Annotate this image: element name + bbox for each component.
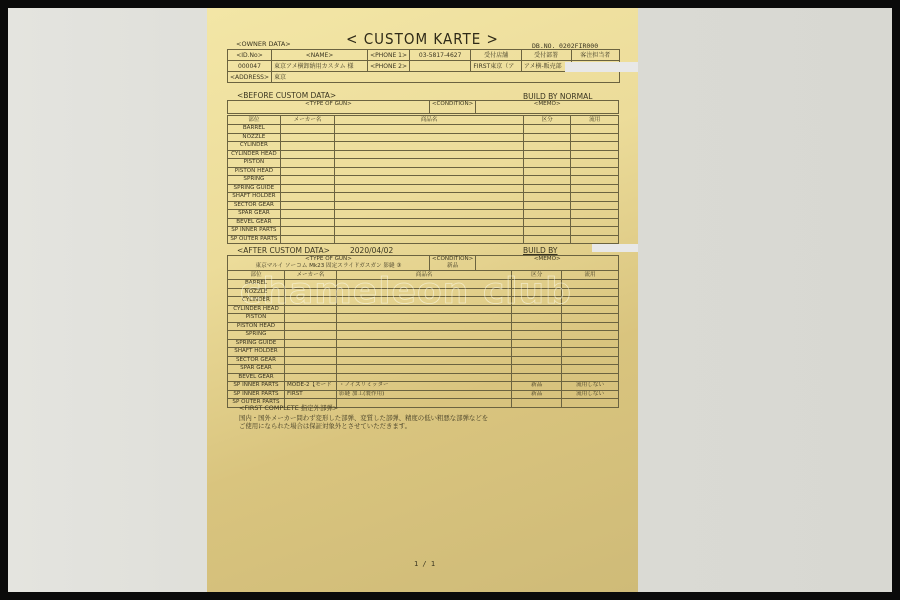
- maker-cell: [280, 150, 335, 159]
- category-cell: [523, 227, 571, 236]
- table-row: SECTOR GEAR: [228, 201, 619, 210]
- product-cell: [335, 125, 523, 134]
- category-cell: [512, 314, 562, 323]
- category-cell: [523, 167, 571, 176]
- redaction-bar: [592, 244, 638, 252]
- maker-cell: [284, 373, 336, 382]
- after-memo: <MEMO>: [476, 256, 619, 271]
- after-date: 2020/04/02: [350, 246, 393, 255]
- after-build-by: BUILD BY: [523, 246, 558, 255]
- table-row: CYLINDER: [228, 297, 619, 306]
- reuse-cell: [562, 331, 619, 340]
- reuse-cell: [562, 314, 619, 323]
- owner-data-table: <ID.No> <NAME> <PHONE 1> 03-5817-4627 受付…: [227, 49, 620, 83]
- reuse-cell: [571, 150, 619, 159]
- part-cell: BARREL: [228, 280, 285, 289]
- before-section-label: <BEFORE CUSTOM DATA>: [237, 91, 336, 100]
- table-row: CYLINDER: [228, 142, 619, 151]
- maker-cell: [280, 235, 335, 244]
- notes-heading: <FIRST COMPLETE 指定外部弾>: [239, 404, 338, 412]
- maker-cell: [280, 201, 335, 210]
- maker-cell: [280, 133, 335, 142]
- maker-cell: [284, 365, 336, 374]
- product-cell: [336, 322, 511, 331]
- part-cell: SHAFT HOLDER: [228, 193, 281, 202]
- reuse-cell: [562, 305, 619, 314]
- maker-cell: [284, 305, 336, 314]
- col-part: 部位: [228, 116, 281, 125]
- table-row: SP OUTER PARTS: [228, 235, 619, 244]
- reuse-cell: [562, 288, 619, 297]
- reuse-cell: 流用しない: [562, 382, 619, 391]
- table-row: SPAR GEAR: [228, 210, 619, 219]
- table-row: SHAFT HOLDER: [228, 348, 619, 357]
- after-type-of-gun: <TYPE OF GUN>東京マルイ ソーコム Mk23 固定スライドガスガン …: [228, 256, 430, 271]
- maker-cell: [284, 348, 336, 357]
- product-cell: [336, 331, 511, 340]
- store-label: 受付店舗: [471, 50, 521, 61]
- table-row: SPRING: [228, 176, 619, 185]
- part-cell: PISTON: [228, 314, 285, 323]
- product-cell: [335, 150, 523, 159]
- part-cell: PISTON: [228, 159, 281, 168]
- part-cell: BEVEL GEAR: [228, 218, 281, 227]
- category-cell: [512, 280, 562, 289]
- category-cell: [512, 339, 562, 348]
- product-cell: [336, 305, 511, 314]
- category-cell: [512, 356, 562, 365]
- category-cell: [512, 297, 562, 306]
- col-maker: メーカー名: [280, 116, 335, 125]
- col-maker: メーカー名: [284, 271, 336, 280]
- dept-value: アメ横-販売部: [521, 61, 571, 72]
- maker-cell: [280, 159, 335, 168]
- before-gun-table: <TYPE OF GUN> <CONDITION> <MEMO>: [227, 100, 619, 114]
- category-cell: 新品: [512, 382, 562, 391]
- col-reuse: 流用: [562, 271, 619, 280]
- maker-cell: [284, 356, 336, 365]
- notes-line-1: 国内・国外メーカー問わず変形した部弾、変質した部弾、精度の低い粗悪な部弾などを: [239, 414, 488, 422]
- maker-cell: [280, 176, 335, 185]
- category-cell: [523, 218, 571, 227]
- product-cell: [335, 159, 523, 168]
- before-parts-table: 部位 メーカー名 商品名 区分 流用 BARRELNOZZLECYLINDERC…: [227, 115, 619, 244]
- part-cell: SECTOR GEAR: [228, 356, 285, 365]
- reuse-cell: [562, 373, 619, 382]
- category-cell: [512, 305, 562, 314]
- maker-cell: [284, 339, 336, 348]
- reuse-cell: [562, 280, 619, 289]
- category-cell: [523, 142, 571, 151]
- table-row: SP INNER PARTSFIRST影縫 加工(製作用)新品流用しない: [228, 390, 619, 399]
- product-cell: [336, 365, 511, 374]
- maker-cell: [284, 288, 336, 297]
- before-type-of-gun: <TYPE OF GUN>: [228, 101, 430, 114]
- table-row: BARREL: [228, 125, 619, 134]
- product-cell: [336, 297, 511, 306]
- col-product: 商品名: [336, 271, 511, 280]
- reuse-cell: [571, 133, 619, 142]
- category-cell: [512, 322, 562, 331]
- part-cell: SPRING: [228, 176, 281, 185]
- table-row: PISTON HEAD: [228, 322, 619, 331]
- part-cell: CYLINDER HEAD: [228, 150, 281, 159]
- maker-cell: [280, 218, 335, 227]
- table-row: NOZZLE: [228, 288, 619, 297]
- product-cell: [335, 210, 523, 219]
- reuse-cell: [571, 201, 619, 210]
- product-cell: [335, 167, 523, 176]
- after-parts-table: 部位 メーカー名 商品名 区分 流用 BARRELNOZZLECYLINDERC…: [227, 270, 619, 408]
- maker-cell: [280, 142, 335, 151]
- product-cell: [335, 227, 523, 236]
- part-cell: SPRING GUIDE: [228, 339, 285, 348]
- category-cell: [523, 125, 571, 134]
- table-row: SPRING GUIDE: [228, 339, 619, 348]
- dept-label: 受付部署: [521, 50, 571, 61]
- product-cell: [336, 314, 511, 323]
- after-condition: <CONDITION>新品: [429, 256, 475, 271]
- maker-cell: [284, 280, 336, 289]
- custom-karte-sheet: <OWNER DATA> < CUSTOM KARTE > DB.NO. 020…: [207, 8, 638, 592]
- part-cell: BARREL: [228, 125, 281, 134]
- reuse-cell: [562, 365, 619, 374]
- maker-cell: [284, 297, 336, 306]
- reuse-cell: [562, 322, 619, 331]
- part-cell: SPAR GEAR: [228, 210, 281, 219]
- reuse-cell: [571, 125, 619, 134]
- part-cell: CYLINDER: [228, 142, 281, 151]
- category-cell: [523, 133, 571, 142]
- table-row: BARREL: [228, 280, 619, 289]
- maker-cell: [284, 322, 336, 331]
- category-cell: [512, 348, 562, 357]
- product-cell: [335, 193, 523, 202]
- category-cell: [523, 201, 571, 210]
- reuse-cell: 流用しない: [562, 390, 619, 399]
- product-cell: [335, 142, 523, 151]
- address-value: 東京: [271, 72, 619, 83]
- reuse-cell: [571, 159, 619, 168]
- table-row: BEVEL GEAR: [228, 218, 619, 227]
- address-label: <ADDRESS>: [228, 72, 272, 83]
- reuse-cell: [562, 297, 619, 306]
- product-cell: [335, 184, 523, 193]
- reuse-cell: [571, 142, 619, 151]
- category-cell: [523, 193, 571, 202]
- maker-cell: [280, 167, 335, 176]
- part-cell: SPRING GUIDE: [228, 184, 281, 193]
- reuse-cell: [571, 193, 619, 202]
- table-row: SPAR GEAR: [228, 365, 619, 374]
- category-cell: [523, 235, 571, 244]
- reuse-cell: [562, 339, 619, 348]
- table-row: SP INNER PARTS: [228, 227, 619, 236]
- table-row: CYLINDER HEAD: [228, 305, 619, 314]
- col-category: 区分: [523, 116, 571, 125]
- reuse-cell: [571, 210, 619, 219]
- maker-cell: [284, 314, 336, 323]
- category-cell: [512, 373, 562, 382]
- store-value: FIRST東京（ア: [471, 61, 521, 72]
- part-cell: CYLINDER: [228, 297, 285, 306]
- reuse-cell: [562, 399, 619, 408]
- phone1-value: 03-5817-4627: [410, 50, 471, 61]
- product-cell: 影縫 加工(製作用): [336, 390, 511, 399]
- part-cell: SP INNER PARTS: [228, 227, 281, 236]
- reuse-cell: [562, 348, 619, 357]
- part-cell: SPRING: [228, 331, 285, 340]
- part-cell: PISTON HEAD: [228, 167, 281, 176]
- part-cell: BEVEL GEAR: [228, 373, 285, 382]
- product-cell: ・ノイズリミッター: [336, 382, 511, 391]
- part-cell: SP INNER PARTS: [228, 382, 285, 391]
- reuse-cell: [562, 356, 619, 365]
- product-cell: [336, 356, 511, 365]
- category-cell: [512, 399, 562, 408]
- category-cell: [523, 210, 571, 219]
- phone1-label: <PHONE 1>: [368, 50, 410, 61]
- after-section-label: <AFTER CUSTOM DATA>: [237, 246, 330, 255]
- table-row: NOZZLE: [228, 133, 619, 142]
- reuse-cell: [571, 184, 619, 193]
- product-cell: [336, 288, 511, 297]
- notes-line-2: ご使用になられた場合は保証対象外とさせていただきます。: [239, 422, 411, 430]
- category-cell: [523, 184, 571, 193]
- category-cell: [523, 150, 571, 159]
- category-cell: [523, 159, 571, 168]
- part-cell: PISTON HEAD: [228, 322, 285, 331]
- maker-cell: [284, 331, 336, 340]
- reuse-cell: [571, 235, 619, 244]
- staff-label: 客注担当者: [571, 50, 620, 61]
- category-cell: [512, 288, 562, 297]
- table-row: CYLINDER HEAD: [228, 150, 619, 159]
- table-row: PISTON: [228, 159, 619, 168]
- product-cell: [336, 399, 511, 408]
- table-row: SPRING: [228, 331, 619, 340]
- reuse-cell: [571, 176, 619, 185]
- product-cell: [336, 339, 511, 348]
- maker-cell: [280, 184, 335, 193]
- part-cell: SP INNER PARTS: [228, 390, 285, 399]
- redaction-bar: [565, 62, 638, 72]
- phone2-label: <PHONE 2>: [368, 61, 410, 72]
- part-cell: SP OUTER PARTS: [228, 235, 281, 244]
- before-memo: <MEMO>: [476, 101, 619, 114]
- table-row: PISTON HEAD: [228, 167, 619, 176]
- table-row: PISTON: [228, 314, 619, 323]
- col-part: 部位: [228, 271, 285, 280]
- reuse-cell: [571, 227, 619, 236]
- part-cell: CYLINDER HEAD: [228, 305, 285, 314]
- phone2-value: [410, 61, 471, 72]
- name-label: <NAME>: [271, 50, 367, 61]
- part-cell: SECTOR GEAR: [228, 201, 281, 210]
- category-cell: [512, 331, 562, 340]
- maker-cell: [280, 125, 335, 134]
- category-cell: 新品: [512, 390, 562, 399]
- table-row: SP INNER PARTSMODE-2【モード・ノイズリミッター新品流用しない: [228, 382, 619, 391]
- table-row: SHAFT HOLDER: [228, 193, 619, 202]
- name-value: 東京アメ横卸納用カスタム 様: [271, 61, 367, 72]
- before-condition: <CONDITION>: [429, 101, 475, 114]
- product-cell: [335, 218, 523, 227]
- id-value: 000047: [228, 61, 272, 72]
- col-reuse: 流用: [571, 116, 619, 125]
- product-cell: [336, 348, 511, 357]
- maker-cell: [280, 193, 335, 202]
- part-cell: NOZZLE: [228, 288, 285, 297]
- part-cell: NOZZLE: [228, 133, 281, 142]
- after-gun-table: <TYPE OF GUN>東京マルイ ソーコム Mk23 固定スライドガスガン …: [227, 255, 619, 271]
- maker-cell: [280, 210, 335, 219]
- product-cell: [335, 201, 523, 210]
- table-row: BEVEL GEAR: [228, 373, 619, 382]
- category-cell: [523, 176, 571, 185]
- col-category: 区分: [512, 271, 562, 280]
- maker-cell: [280, 227, 335, 236]
- product-cell: [335, 133, 523, 142]
- maker-cell: FIRST: [284, 390, 336, 399]
- part-cell: SPAR GEAR: [228, 365, 285, 374]
- category-cell: [512, 365, 562, 374]
- reuse-cell: [571, 167, 619, 176]
- part-cell: SHAFT HOLDER: [228, 348, 285, 357]
- table-row: SPRING GUIDE: [228, 184, 619, 193]
- col-product: 商品名: [335, 116, 523, 125]
- product-cell: [335, 176, 523, 185]
- reuse-cell: [571, 218, 619, 227]
- product-cell: [335, 235, 523, 244]
- maker-cell: MODE-2【モード: [284, 382, 336, 391]
- table-row: SECTOR GEAR: [228, 356, 619, 365]
- id-label: <ID.No>: [228, 50, 272, 61]
- page-number: 1 / 1: [414, 560, 435, 568]
- product-cell: [336, 373, 511, 382]
- product-cell: [336, 280, 511, 289]
